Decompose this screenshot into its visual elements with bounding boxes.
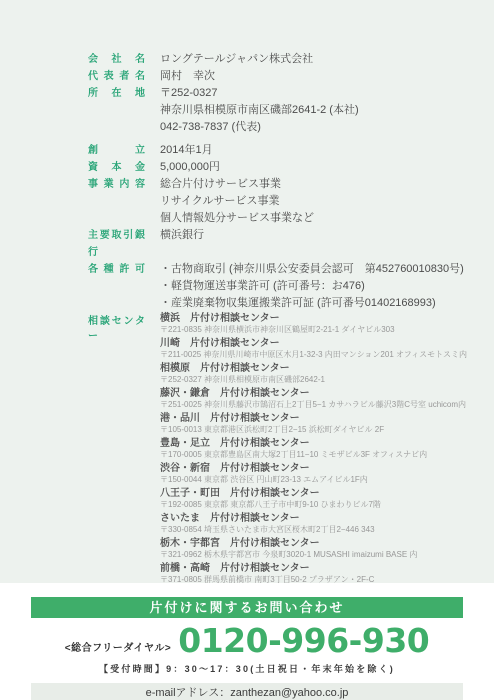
field-value: リサイクルサービス事業 <box>160 193 314 210</box>
field-label: 事業内容 <box>88 176 145 227</box>
field-value: 5,000,000円 <box>160 159 220 176</box>
center-name: 川崎 片付け相談センター <box>160 337 467 350</box>
field-label: 主要取引銀行 <box>88 227 145 261</box>
free-dial-label: <総合フリーダイヤル> <box>65 639 171 654</box>
field-value: 岡村 幸次 <box>160 68 215 85</box>
field-bank: 主要取引銀行 横浜銀行 <box>88 227 474 261</box>
center-name: 八王子・町田 片付け相談センター <box>160 487 467 500</box>
field-label: 相談センター <box>88 312 145 587</box>
center-name: さいたま 片付け相談センター <box>160 512 467 525</box>
reception-hours: 【受付時間】9：30～17：30(土日祝日・年末年始を除く) <box>0 662 494 675</box>
field-label: 各種許可 <box>88 261 145 312</box>
company-profile-section: 会社名 ロングテールジャパン株式会社 代表者名 岡村 幸次 所在地 〒252-0… <box>0 0 494 583</box>
center-address: 〒330-0854 埼玉県さいたま市大宮区桜木町2丁目2−446 343 <box>160 525 467 535</box>
center-name: 渋谷・新宿 片付け相談センター <box>160 462 467 475</box>
field-company-name: 会社名 ロングテールジャパン株式会社 <box>88 51 474 68</box>
consultation-center: 渋谷・新宿 片付け相談センター 〒150-0044 東京都 渋谷区 円山町23-… <box>160 462 467 485</box>
phone-row: <総合フリーダイヤル> 0120-996-930 <box>0 621 494 661</box>
consultation-center: 八王子・町田 片付け相談センター 〒192-0085 東京都 東京都八王子市中町… <box>160 487 467 510</box>
consultation-center: 前橋・高崎 片付け相談センター 〒371-0805 群馬県前橋市 南町3丁目50… <box>160 562 467 585</box>
consultation-center: 川崎 片付け相談センター 〒211-0025 神奈川県川崎市中原区木月1-32-… <box>160 337 467 360</box>
center-address: 〒211-0025 神奈川県川崎市中原区木月1-32-3 内田マンション201 … <box>160 350 467 360</box>
field-value: ・古物商取引 (神奈川県公安委員会認可 第452760010830号) <box>160 261 464 278</box>
field-label: 代表者名 <box>88 68 145 85</box>
field-label: 資本金 <box>88 159 145 176</box>
consultation-centers-list: 横浜 片付け相談センター 〒221-0835 神奈川県横浜市神奈川区鶴屋町2-2… <box>160 312 467 587</box>
field-value: ロングテールジャパン株式会社 <box>160 51 313 68</box>
consultation-centers-section: 相談センター 横浜 片付け相談センター 〒221-0835 神奈川県横浜市神奈川… <box>88 312 474 587</box>
field-representative: 代表者名 岡村 幸次 <box>88 68 474 85</box>
field-value: 個人情報処分サービス事業など <box>160 210 314 227</box>
field-value: 横浜銀行 <box>160 227 204 244</box>
field-label: 所在地 <box>88 85 145 136</box>
field-label: 会社名 <box>88 51 145 68</box>
center-address: 〒252-0327 神奈川県相模原市南区磯部2642-1 <box>160 375 467 385</box>
center-address: 〒371-0805 群馬県前橋市 南町3丁目50-2 プラザアン・2F-C <box>160 575 467 585</box>
center-name: 藤沢・鎌倉 片付け相談センター <box>160 387 467 400</box>
inquiry-banner: 片付けに関するお問い合わせ <box>31 597 463 618</box>
phone-number: 0120-996-930 <box>178 622 429 660</box>
field-value: ・産業廃棄物収集運搬業許可証 (許可番号01402168993) <box>160 295 464 312</box>
field-value: 総合片付けサービス事業 <box>160 176 314 193</box>
field-founded: 創立 2014年1月 <box>88 142 474 159</box>
field-capital: 資本金 5,000,000円 <box>88 159 474 176</box>
field-value: 2014年1月 <box>160 142 213 159</box>
field-label: 創立 <box>88 142 145 159</box>
field-value: 神奈川県相模原市南区磯部2641-2 (本社) <box>160 102 359 119</box>
center-address: 〒150-0044 東京都 渋谷区 円山町23-13 エムアイビル1F内 <box>160 475 467 485</box>
field-value: 042-738-7837 (代表) <box>160 119 359 136</box>
field-licenses: 各種許可 ・古物商取引 (神奈川県公安委員会認可 第452760010830号)… <box>88 261 474 312</box>
center-address: 〒321-0962 栃木県宇都宮市 今泉町3020-1 MUSASHI imai… <box>160 550 467 560</box>
center-name: 相模原 片付け相談センター <box>160 362 467 375</box>
center-address: 〒192-0085 東京都 東京都八王子市中町9-10 ひまわりビル7階 <box>160 500 467 510</box>
consultation-center: 栃木・宇都宮 片付け相談センター 〒321-0962 栃木県宇都宮市 今泉町30… <box>160 537 467 560</box>
field-value: ・軽貨物運送事業許可 (許可番号：お476) <box>160 278 464 295</box>
consultation-center: 豊島・足立 片付け相談センター 〒170-0005 東京都豊島区南大塚2丁目11… <box>160 437 467 460</box>
consultation-center: 横浜 片付け相談センター 〒221-0835 神奈川県横浜市神奈川区鶴屋町2-2… <box>160 312 467 335</box>
field-value: 〒252-0327 <box>160 85 359 102</box>
center-address: 〒251-0025 神奈川県藤沢市鵠沼石上2丁目5−1 カサハラビル藤沢3階C号… <box>160 400 467 410</box>
consultation-center: さいたま 片付け相談センター 〒330-0854 埼玉県さいたま市大宮区桜木町2… <box>160 512 467 535</box>
field-business: 事業内容 総合片付けサービス事業 リサイクルサービス事業 個人情報処分サービス事… <box>88 176 474 227</box>
consultation-center: 相模原 片付け相談センター 〒252-0327 神奈川県相模原市南区磯部2642… <box>160 362 467 385</box>
center-address: 〒170-0005 東京都豊島区南大塚2丁目11−10 ミモザビル3F オフィス… <box>160 450 467 460</box>
center-address: 〒221-0835 神奈川県横浜市神奈川区鶴屋町2-21-1 ダイヤビル303 <box>160 325 467 335</box>
email-address-bar: e-mailアドレス：zanthezan@yahoo.co.jp <box>31 683 463 700</box>
center-name: 豊島・足立 片付け相談センター <box>160 437 467 450</box>
consultation-center: 港・品川 片付け相談センター 〒105-0013 東京都港区浜松町2丁目2−15… <box>160 412 467 435</box>
consultation-center: 藤沢・鎌倉 片付け相談センター 〒251-0025 神奈川県藤沢市鵠沼石上2丁目… <box>160 387 467 410</box>
center-name: 栃木・宇都宮 片付け相談センター <box>160 537 467 550</box>
center-name: 横浜 片付け相談センター <box>160 312 467 325</box>
center-name: 港・品川 片付け相談センター <box>160 412 467 425</box>
field-address: 所在地 〒252-0327 神奈川県相模原市南区磯部2641-2 (本社) 04… <box>88 85 474 136</box>
center-name: 前橋・高崎 片付け相談センター <box>160 562 467 575</box>
center-address: 〒105-0013 東京都港区浜松町2丁目2−15 浜松町ダイヤビル 2F <box>160 425 467 435</box>
